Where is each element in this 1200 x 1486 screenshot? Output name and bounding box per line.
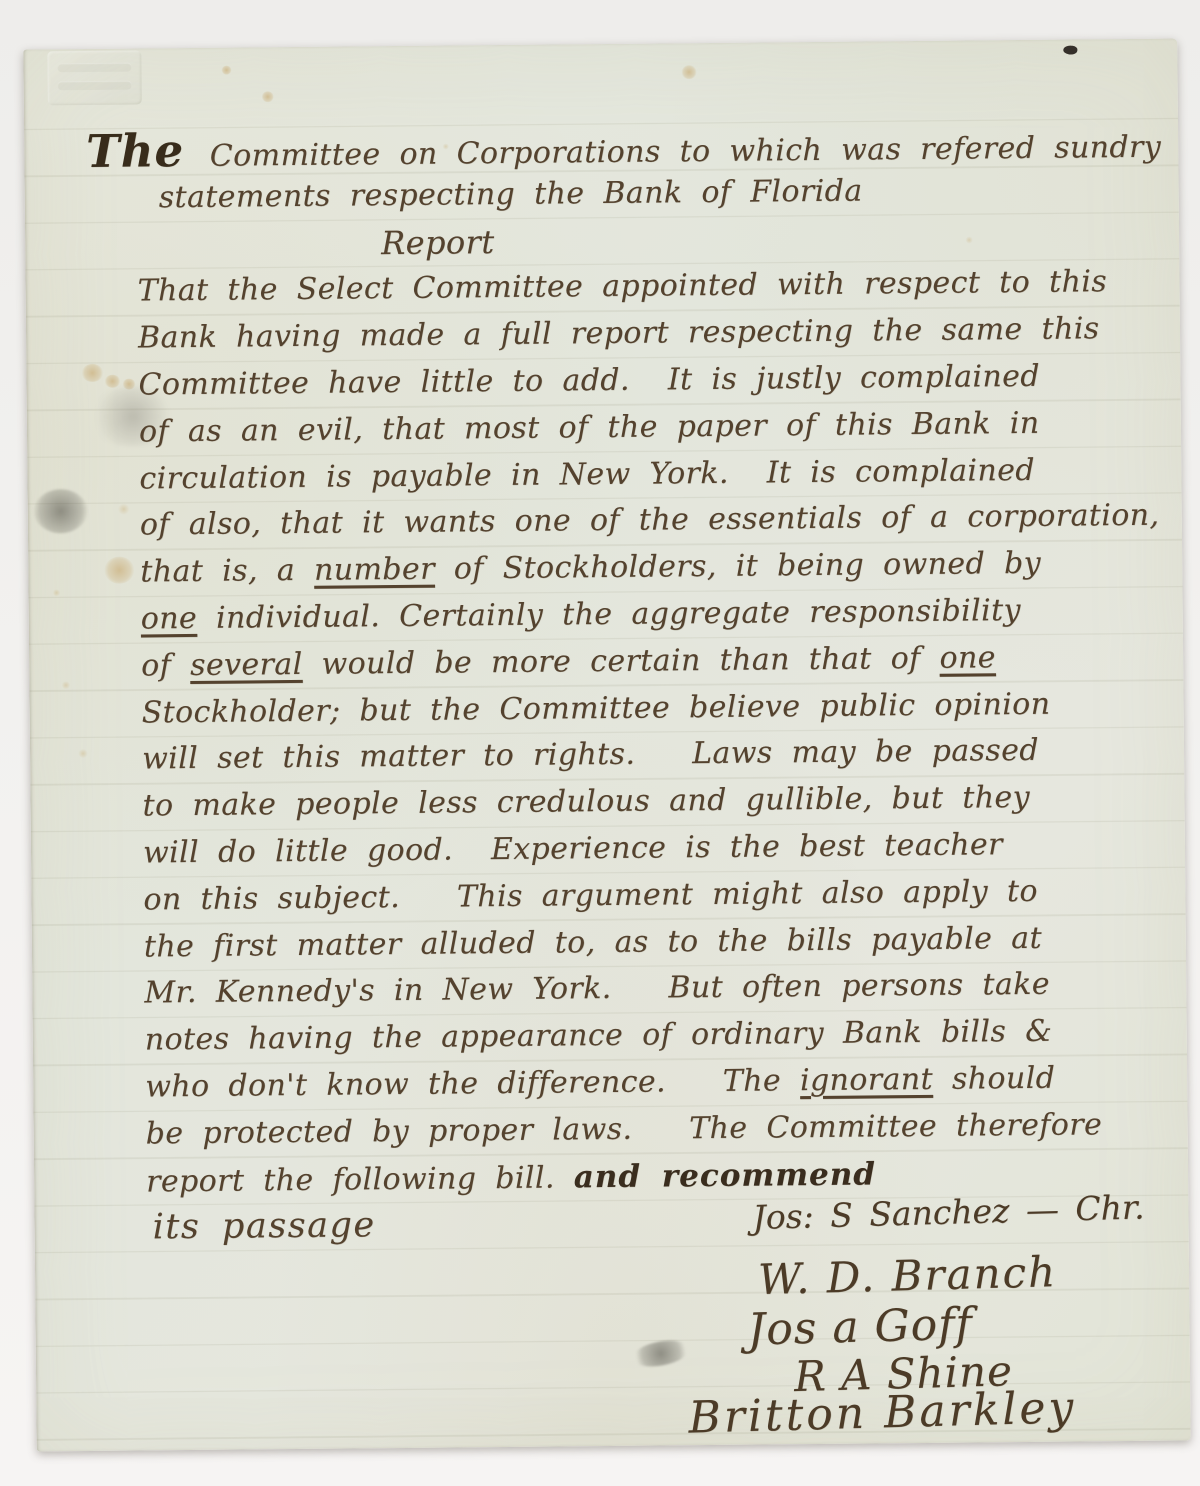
signature: Britton Barkley	[688, 1382, 1077, 1443]
signature-block: Jos: S Sanchez — Chr.W. D. BranchJos a G…	[23, 38, 1177, 49]
signature: Jos a Goff	[747, 1299, 973, 1356]
manuscript-text: who don't know the difference. The	[145, 1063, 800, 1104]
manuscript-lines: The Committee on Corporations to which w…	[24, 118, 1189, 1252]
manuscript-text: one	[141, 601, 198, 637]
signature: W. D. Branch	[757, 1247, 1057, 1304]
manuscript-text: The	[86, 124, 210, 178]
manuscript-text: and recommend	[574, 1156, 877, 1195]
manuscript-text: statements respecting the Bank of Florid…	[159, 173, 863, 215]
stain	[630, 1336, 691, 1370]
manuscript-text: number	[314, 552, 435, 588]
manuscript-text: would be more certain than that of	[302, 641, 939, 682]
manuscript-text: notes having the appearance of ordinary …	[145, 1014, 1053, 1058]
manuscript-text: Mr. Kennedy's in New York. But often per…	[144, 967, 1050, 1011]
manuscript-text: of	[141, 648, 190, 683]
manuscript-text: will set this matter to rights. Laws may…	[142, 733, 1039, 777]
stain	[221, 66, 231, 75]
manuscript-text: that is, a	[140, 553, 314, 590]
stain	[262, 91, 274, 102]
document-page: The Committee on Corporations to which w…	[23, 38, 1190, 1451]
manuscript-text: ignorant	[800, 1062, 933, 1098]
manuscript-text: to make people less credulous and gullib…	[142, 780, 1030, 824]
manuscript-text: Committee have little to add. It is just…	[138, 359, 1040, 403]
manuscript-text: of also, that it wants one of the essent…	[140, 498, 1160, 543]
manuscript-text: of as an evil, that most of the paper of…	[139, 406, 1040, 450]
manuscript-text: on this subject. This argument might als…	[143, 874, 1038, 918]
manuscript-text: individual. Certainly the aggregate resp…	[197, 593, 1021, 636]
embossed-stamp	[47, 50, 142, 105]
scan-background: { "doc": { "kind": "handwritten committe…	[0, 0, 1200, 1486]
manuscript-text: circulation is payable in New York. It i…	[139, 452, 1035, 496]
manuscript-text: Stockholder; but the Committee believe p…	[141, 686, 1050, 730]
manuscript-text: That the Select Committee appointed with…	[137, 265, 1107, 309]
manuscript-text: report the following bill.	[146, 1160, 574, 1199]
manuscript-text: one	[939, 640, 996, 676]
manuscript-text: be protected by proper laws. The Committ…	[146, 1107, 1103, 1151]
manuscript-text: Report	[381, 223, 495, 262]
manuscript-text: several	[190, 647, 303, 683]
manuscript-text: its passage	[152, 1206, 375, 1248]
manuscript-text: of Stockholders, it being owned by	[435, 546, 1041, 587]
ink-blot	[1063, 45, 1078, 56]
manuscript-text: the first matter alluded to, as to the b…	[144, 920, 1042, 964]
manuscript-text: should	[933, 1061, 1056, 1097]
stain	[681, 65, 696, 79]
manuscript-text: Bank having made a full report respectin…	[138, 311, 1100, 355]
manuscript-text: will do little good. Experience is the b…	[143, 827, 1003, 870]
